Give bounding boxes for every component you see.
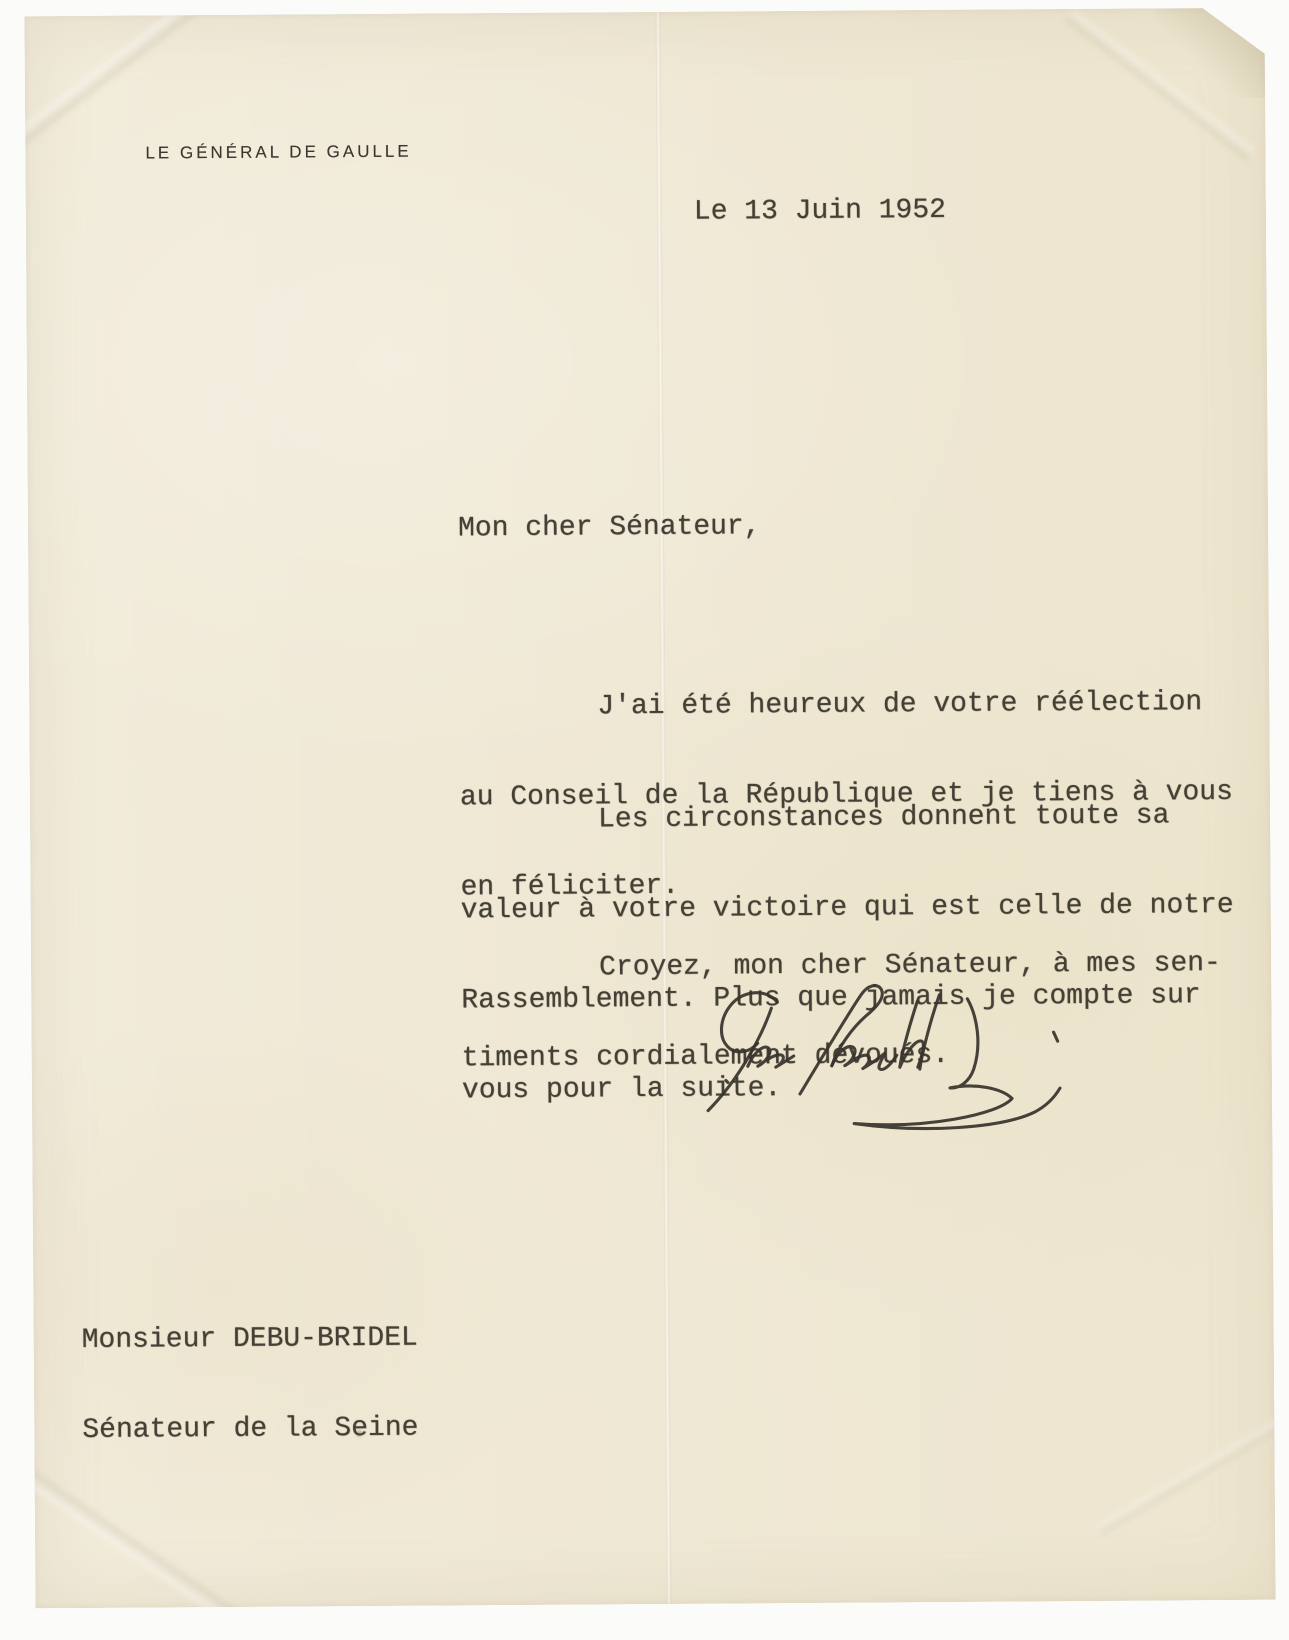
recipient-line: Sénateur de la Seine: [82, 1414, 418, 1446]
salutation: Mon cher Sénateur,: [458, 512, 761, 544]
body-line: J'ai été heureux de votre réélection: [459, 688, 1232, 723]
body-line: Les circonstances donnent toute sa: [460, 801, 1233, 836]
signature-handwriting: [681, 972, 1082, 1155]
recipient-line: Monsieur DEBU-BRIDEL: [82, 1324, 418, 1356]
corner-fold-top-right: [1154, 8, 1265, 99]
recipient-block: Monsieur DEBU-BRIDEL Sénateur de la Sein…: [81, 1264, 419, 1506]
fold-crease-bottom-right: [1097, 1413, 1289, 1535]
letter-paper: LE GÉNÉRAL DE GAULLE Le 13 Juin 1952 Mon…: [24, 8, 1275, 1609]
scan-background: { "document": { "kind": "typewritten let…: [0, 0, 1289, 1640]
fold-crease-top-left: [6, 0, 214, 152]
date-line: Le 13 Juin 1952: [694, 196, 946, 228]
signature-svg: [681, 972, 1082, 1155]
letterhead: LE GÉNÉRAL DE GAULLE: [145, 142, 411, 164]
